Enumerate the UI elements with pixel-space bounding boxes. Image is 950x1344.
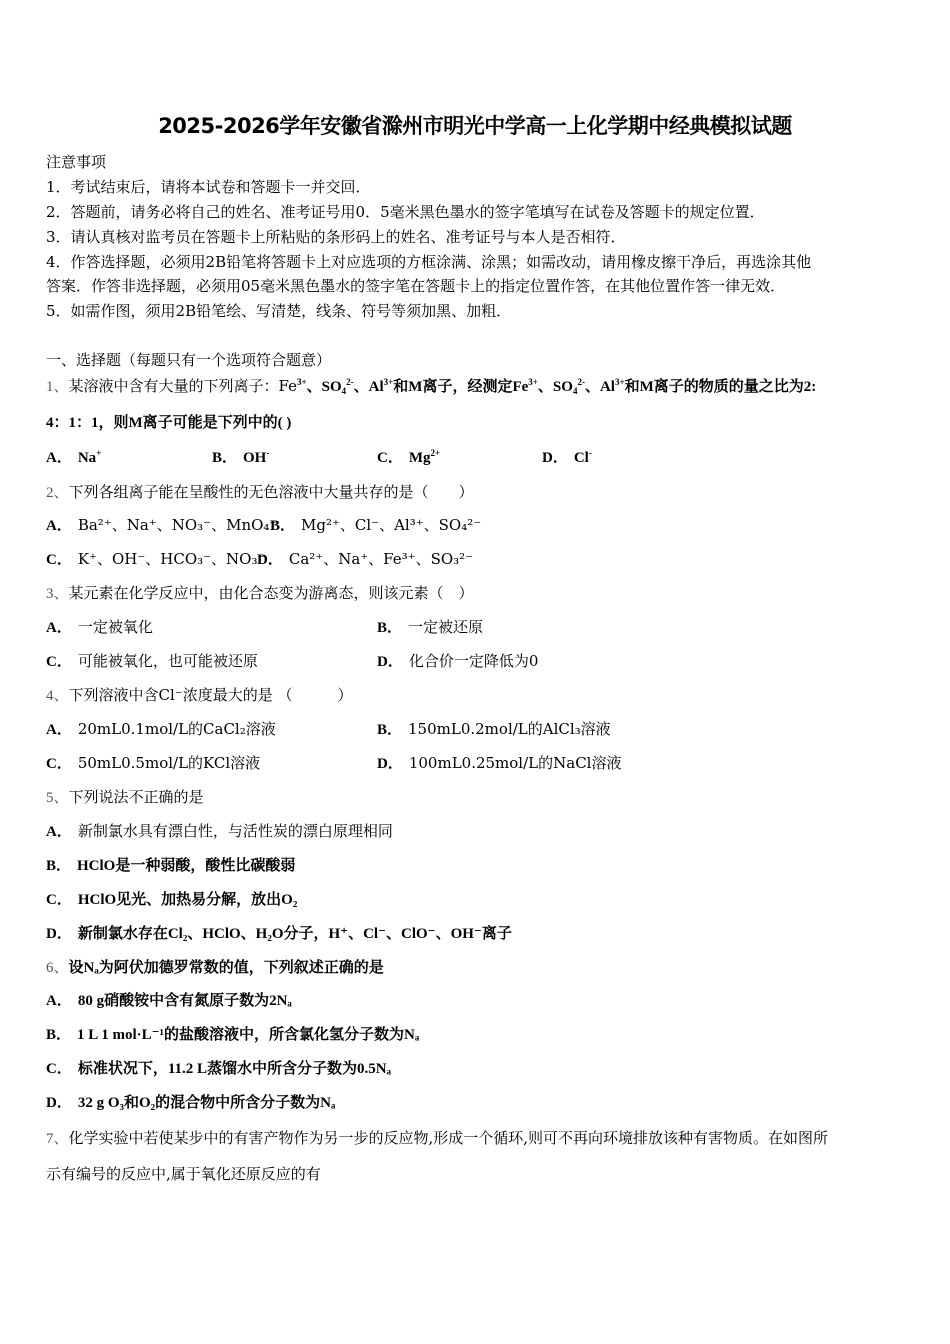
stem-text: 某溶液中含有大量的下列离子：Fe bbox=[69, 377, 297, 395]
superscript: - bbox=[266, 448, 269, 458]
superscript: 2- bbox=[577, 377, 585, 387]
option-label: B． bbox=[377, 722, 402, 738]
option-text: HClO见光、加热易分解，放出O₂ bbox=[78, 892, 298, 908]
option-label: C． bbox=[46, 552, 72, 568]
option-label: A． bbox=[46, 450, 72, 466]
option-label: A． bbox=[46, 722, 72, 738]
superscript: - bbox=[589, 448, 592, 458]
question-4-stem: 4、下列溶液中含Cl⁻浓度最大的是 （ ） bbox=[46, 685, 352, 706]
option-text: K⁺、OH⁻、HCO₃⁻、NO₃⁻ bbox=[78, 550, 266, 568]
question-3-option-b: B．一定被还原 bbox=[377, 617, 483, 638]
notice-item-1: 1．考试结束后，请将本试卷和答题卡一并交回． bbox=[46, 177, 371, 197]
stem-text: 、SO bbox=[538, 379, 573, 395]
question-1-stem-cont: 4：1：1，则M离子可能是下列中的( ) bbox=[46, 413, 291, 433]
question-1-option-d: D．Cl- bbox=[542, 448, 592, 468]
question-number: 3、 bbox=[46, 586, 69, 602]
question-3-option-a: A．一定被氧化 bbox=[46, 617, 153, 638]
option-label: B． bbox=[377, 620, 402, 636]
question-number: 5、 bbox=[46, 790, 69, 806]
option-label: D． bbox=[46, 1095, 72, 1111]
stem-text: 设Nₐ为阿伏加德罗常数的值，下列叙述正确的是 bbox=[69, 960, 384, 976]
question-2-option-b: B．Mg²⁺、Cl⁻、Al³⁺、SO₄²⁻ bbox=[270, 515, 481, 536]
question-6-option-c: C．标准状况下，11.2 L蒸馏水中所含分子数为0.5Nₐ bbox=[46, 1059, 391, 1079]
option-label: D． bbox=[46, 926, 72, 942]
superscript: 3+ bbox=[615, 377, 625, 387]
notice-item-5: 5．如需作图，须用2B铅笔绘、写清楚，线条、符号等须加黑、加粗． bbox=[46, 301, 511, 321]
section-heading: 一、选择题（每题只有一个选项符合题意） bbox=[46, 350, 331, 370]
question-6-stem: 6、设Nₐ为阿伏加德罗常数的值，下列叙述正确的是 bbox=[46, 957, 384, 978]
superscript: 2- bbox=[346, 377, 354, 387]
document-title: 2025-2026学年安徽省滁州市明光中学高一上化学期中经典模拟试题 bbox=[0, 110, 950, 140]
question-1-option-c: C．Mg2+ bbox=[377, 448, 440, 468]
option-text: Ca²⁺、Na⁺、Fe³⁺、SO₃²⁻ bbox=[289, 550, 473, 568]
question-2-option-a: A．Ba²⁺、Na⁺、NO₃⁻、MnO₄⁻ bbox=[46, 515, 277, 536]
question-4-option-c: C．50mL0.5mol/L的KCl溶液 bbox=[46, 753, 260, 774]
option-text: 新制氯水存在Cl₂、HClO、H₂O分子，H⁺、Cl⁻、ClO⁻、OH⁻离子 bbox=[78, 926, 512, 942]
superscript: 3+ bbox=[528, 377, 538, 387]
option-text: Mg bbox=[409, 450, 431, 466]
stem-text: 某元素在化学反应中，由化合态变为游离态，则该元素（ ） bbox=[69, 584, 474, 602]
option-label: B． bbox=[46, 1027, 71, 1043]
superscript: 3+ bbox=[384, 377, 394, 387]
option-text: 化合价一定降低为0 bbox=[409, 652, 539, 670]
option-text: 一定被还原 bbox=[408, 618, 483, 636]
option-label: C． bbox=[46, 892, 72, 908]
question-7-stem: 7、化学实验中若使某步中的有害产物作为另一步的反应物,形成一个循环,则可不再向环… bbox=[46, 1128, 828, 1149]
option-text: 一定被氧化 bbox=[78, 618, 153, 636]
option-text: Na bbox=[78, 450, 96, 466]
option-label: B． bbox=[270, 518, 295, 534]
stem-text: 和M离子的物质的量之比为2: bbox=[625, 379, 817, 395]
question-4-option-a: A．20mL0.1mol/L的CaCl₂溶液 bbox=[46, 719, 276, 740]
option-text: OH bbox=[243, 450, 266, 466]
stem-text: 、SO bbox=[307, 379, 342, 395]
question-number: 1、 bbox=[46, 379, 69, 395]
option-text: 50mL0.5mol/L的KCl溶液 bbox=[78, 754, 260, 772]
question-1-option-a: A．Na+ bbox=[46, 448, 101, 468]
question-7-stem-cont: 示有编号的反应中,属于氧化还原反应的有 bbox=[46, 1164, 321, 1184]
option-text: 20mL0.1mol/L的CaCl₂溶液 bbox=[78, 720, 276, 738]
question-1-option-b: B．OH- bbox=[212, 448, 269, 468]
superscript: + bbox=[96, 448, 101, 458]
subscript: 4 bbox=[342, 386, 347, 396]
stem-text: 和M离子，经测定Fe bbox=[393, 379, 528, 395]
question-6-option-a: A．80 g硝酸铵中含有氮原子数为2Nₐ bbox=[46, 991, 292, 1011]
question-6-option-b: B．1 L 1 mol·L⁻¹的盐酸溶液中，所含氯化氢分子数为Nₐ bbox=[46, 1025, 419, 1045]
option-label: D． bbox=[257, 552, 283, 568]
option-text: 标准状况下，11.2 L蒸馏水中所含分子数为0.5Nₐ bbox=[78, 1061, 391, 1077]
notice-item-3: 3．请认真核对监考员在答题卡上所粘贴的条形码上的姓名、准考证号与本人是否相符． bbox=[46, 227, 626, 247]
option-label: B． bbox=[212, 450, 237, 466]
option-text: 可能被氧化，也可能被还原 bbox=[78, 652, 258, 670]
option-text: 150mL0.2mol/L的AlCl₃溶液 bbox=[408, 720, 611, 738]
option-label: D． bbox=[542, 450, 568, 466]
option-label: D． bbox=[377, 654, 403, 670]
option-text: 1 L 1 mol·L⁻¹的盐酸溶液中，所含氯化氢分子数为Nₐ bbox=[77, 1027, 419, 1043]
option-label: A． bbox=[46, 824, 72, 840]
question-3-stem: 3、某元素在化学反应中，由化合态变为游离态，则该元素（ ） bbox=[46, 583, 474, 604]
option-label: C． bbox=[46, 654, 72, 670]
question-4-option-d: D．100mL0.25mol/L的NaCl溶液 bbox=[377, 753, 621, 774]
option-label: C． bbox=[377, 450, 403, 466]
notice-heading: 注意事项 bbox=[46, 152, 106, 172]
question-4-option-b: B．150mL0.2mol/L的AlCl₃溶液 bbox=[377, 719, 611, 740]
question-5-option-c: C．HClO见光、加热易分解，放出O₂ bbox=[46, 889, 297, 910]
question-number: 4、 bbox=[46, 688, 69, 704]
stem-text: 、Al bbox=[585, 379, 615, 395]
question-number: 2、 bbox=[46, 485, 69, 501]
stem-text: 下列说法不正确的是 bbox=[69, 788, 204, 806]
question-3-option-d: D．化合价一定降低为0 bbox=[377, 651, 538, 672]
option-text: 80 g硝酸铵中含有氮原子数为2Nₐ bbox=[78, 993, 292, 1009]
option-label: C． bbox=[46, 1061, 72, 1077]
notice-item-4-cont: 答案．作答非选择题，必须用05毫米黑色墨水的签字笔在答题卡上的指定位置作答，在其… bbox=[46, 276, 785, 296]
notice-item-2: 2．答题前，请务必将自己的姓名、准考证号用0．5毫米黑色墨水的签字笔填写在试卷及… bbox=[46, 202, 765, 222]
option-label: A． bbox=[46, 518, 72, 534]
question-5-option-a: A．新制氯水具有漂白性，与活性炭的漂白原理相同 bbox=[46, 821, 393, 842]
option-text: Cl bbox=[574, 450, 589, 466]
question-number: 7、 bbox=[46, 1131, 69, 1147]
option-text: Mg²⁺、Cl⁻、Al³⁺、SO₄²⁻ bbox=[301, 516, 481, 534]
stem-text: 下列溶液中含Cl⁻浓度最大的是 （ ） bbox=[69, 686, 353, 704]
option-text: HClO是一种弱酸，酸性比碳酸弱 bbox=[77, 858, 295, 874]
question-5-option-d: D．新制氯水存在Cl₂、HClO、H₂O分子，H⁺、Cl⁻、ClO⁻、OH⁻离子 bbox=[46, 923, 512, 944]
question-5-option-b: B．HClO是一种弱酸，酸性比碳酸弱 bbox=[46, 855, 295, 876]
superscript: 2+ bbox=[431, 448, 441, 458]
option-text: 新制氯水具有漂白性，与活性炭的漂白原理相同 bbox=[78, 822, 393, 840]
option-label: D． bbox=[377, 756, 403, 772]
question-2-option-c: C．K⁺、OH⁻、HCO₃⁻、NO₃⁻ bbox=[46, 549, 265, 570]
option-text: 32 g O₃和O₂的混合物中所含分子数为Nₐ bbox=[78, 1095, 336, 1111]
option-text: 100mL0.25mol/L的NaCl溶液 bbox=[409, 754, 622, 772]
question-3-option-c: C．可能被氧化，也可能被还原 bbox=[46, 651, 258, 672]
stem-text: 下列各组离子能在呈酸性的无色溶液中大量共存的是（ ） bbox=[69, 483, 474, 501]
question-2-stem: 2、下列各组离子能在呈酸性的无色溶液中大量共存的是（ ） bbox=[46, 482, 474, 503]
question-2-option-d: D．Ca²⁺、Na⁺、Fe³⁺、SO₃²⁻ bbox=[257, 549, 473, 570]
option-text: Ba²⁺、Na⁺、NO₃⁻、MnO₄⁻ bbox=[78, 516, 277, 534]
question-number: 6、 bbox=[46, 960, 69, 976]
notice-item-4: 4．作答选择题，必须用2B铅笔将答题卡上对应选项的方框涂满、涂黑；如需改动，请用… bbox=[46, 252, 811, 272]
option-label: A． bbox=[46, 620, 72, 636]
stem-text: 、Al bbox=[354, 379, 384, 395]
question-6-option-d: D．32 g O₃和O₂的混合物中所含分子数为Nₐ bbox=[46, 1093, 335, 1113]
subscript: 4 bbox=[573, 386, 578, 396]
question-1-stem: 1、某溶液中含有大量的下列离子：Fe3+、SO42-、Al3+和M离子，经测定F… bbox=[46, 376, 816, 397]
stem-text: 化学实验中若使某步中的有害产物作为另一步的反应物,形成一个循环,则可不再向环境排… bbox=[69, 1129, 829, 1147]
superscript: 3+ bbox=[297, 377, 307, 387]
option-label: C． bbox=[46, 756, 72, 772]
option-label: B． bbox=[46, 858, 71, 874]
question-5-stem: 5、下列说法不正确的是 bbox=[46, 787, 204, 808]
option-label: A． bbox=[46, 993, 72, 1009]
